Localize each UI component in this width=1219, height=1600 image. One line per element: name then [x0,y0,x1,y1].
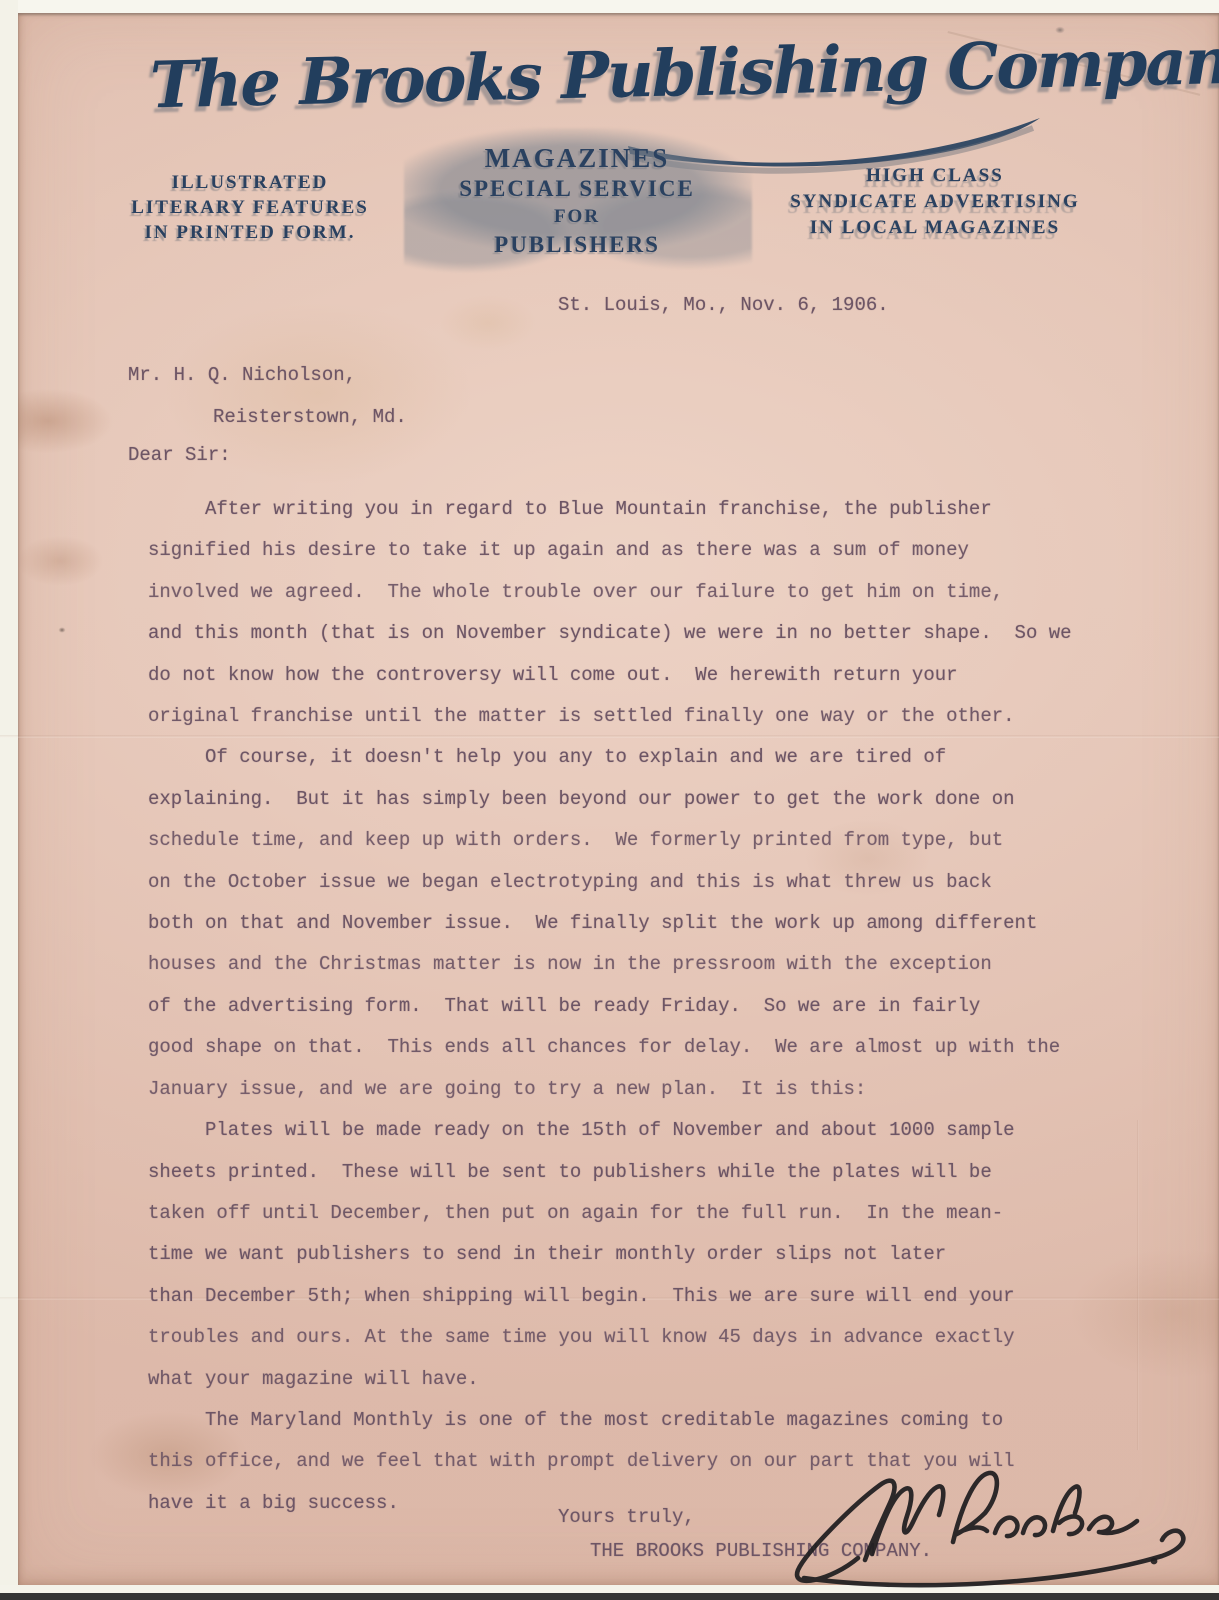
letter-line: involved we agreed. The whole trouble ov… [148,572,1178,613]
letter-line: and this month (that is on November synd… [148,613,1178,654]
letterhead-right-line: HIGH CLASS [760,163,1110,189]
letter-line: explaining. But it has simply been beyon… [148,779,1178,820]
closing-line: Yours truly, [558,1506,695,1528]
letterhead-right-block: HIGH CLASSSYNDICATE ADVERTISINGIN LOCAL … [760,163,1110,241]
salutation: Dear Sir: [128,444,231,466]
signature-handwriting [762,1458,1214,1588]
letter-line: troubles and ours. At the same time you … [148,1317,1178,1358]
letter-line: of the advertising form. That will be re… [148,986,1178,1027]
scan-border-top [0,0,1219,13]
letterhead-center-line: MAGAZINES [432,142,722,174]
letterhead-left-line: ILLUSTRATED [120,170,380,195]
letter-line: The Maryland Monthly is one of the most … [148,1400,1178,1441]
scan-background-strip [0,1593,1219,1600]
letter-line: what your magazine will have. [148,1359,1178,1400]
recipient-address: Reisterstown, Md. [213,406,407,428]
letter-line: Of course, it doesn't help you any to ex… [148,737,1178,778]
letterhead-center-line: PUBLISHERS [432,230,722,260]
letter-line: on the October issue we began electrotyp… [148,862,1178,903]
letter-line: houses and the Christmas matter is now i… [148,944,1178,985]
letter-line: do not know how the controversy will com… [148,655,1178,696]
letter-line: After writing you in regard to Blue Moun… [148,489,1178,530]
letter-line: both on that and November issue. We fina… [148,903,1178,944]
letter-line: Plates will be made ready on the 15th of… [148,1110,1178,1151]
scan-border-left [0,0,18,1600]
letter-line: original franchise until the matter is s… [148,696,1178,737]
signature-ink-dot [1151,1558,1158,1565]
letter-line: taken off until December, then put on ag… [148,1193,1178,1234]
letterhead-center-line: FOR [432,204,722,230]
letterhead-right-line: SYNDICATE ADVERTISING [760,189,1110,215]
letterhead-left-line: IN PRINTED FORM. [120,220,380,245]
letter-body: After writing you in regard to Blue Moun… [148,489,1178,1524]
letter-line: than December 5th; when shipping will be… [148,1276,1178,1317]
letterhead-right-line: IN LOCAL MAGAZINES [760,215,1110,241]
letterhead-left-block: ILLUSTRATEDLITERARY FEATURESIN PRINTED F… [120,170,380,245]
letterhead-left-line: LITERARY FEATURES [120,195,380,220]
letter-line: schedule time, and keep up with orders. … [148,820,1178,861]
letterhead-center-block: MAGAZINESSPECIAL SERVICEFORPUBLISHERS [432,142,722,260]
letter-line: time we want publishers to send in their… [148,1234,1178,1275]
letter-line: January issue, and we are going to try a… [148,1069,1178,1110]
letterhead-center-line: SPECIAL SERVICE [432,174,722,204]
letter-line: signified his desire to take it up again… [148,530,1178,571]
letter-line: good shape on that. This ends all chance… [148,1027,1178,1068]
dateline: St. Louis, Mo., Nov. 6, 1906. [558,294,889,316]
recipient-name: Mr. H. Q. Nicholson, [128,364,356,386]
letter-line: sheets printed. These will be sent to pu… [148,1152,1178,1193]
